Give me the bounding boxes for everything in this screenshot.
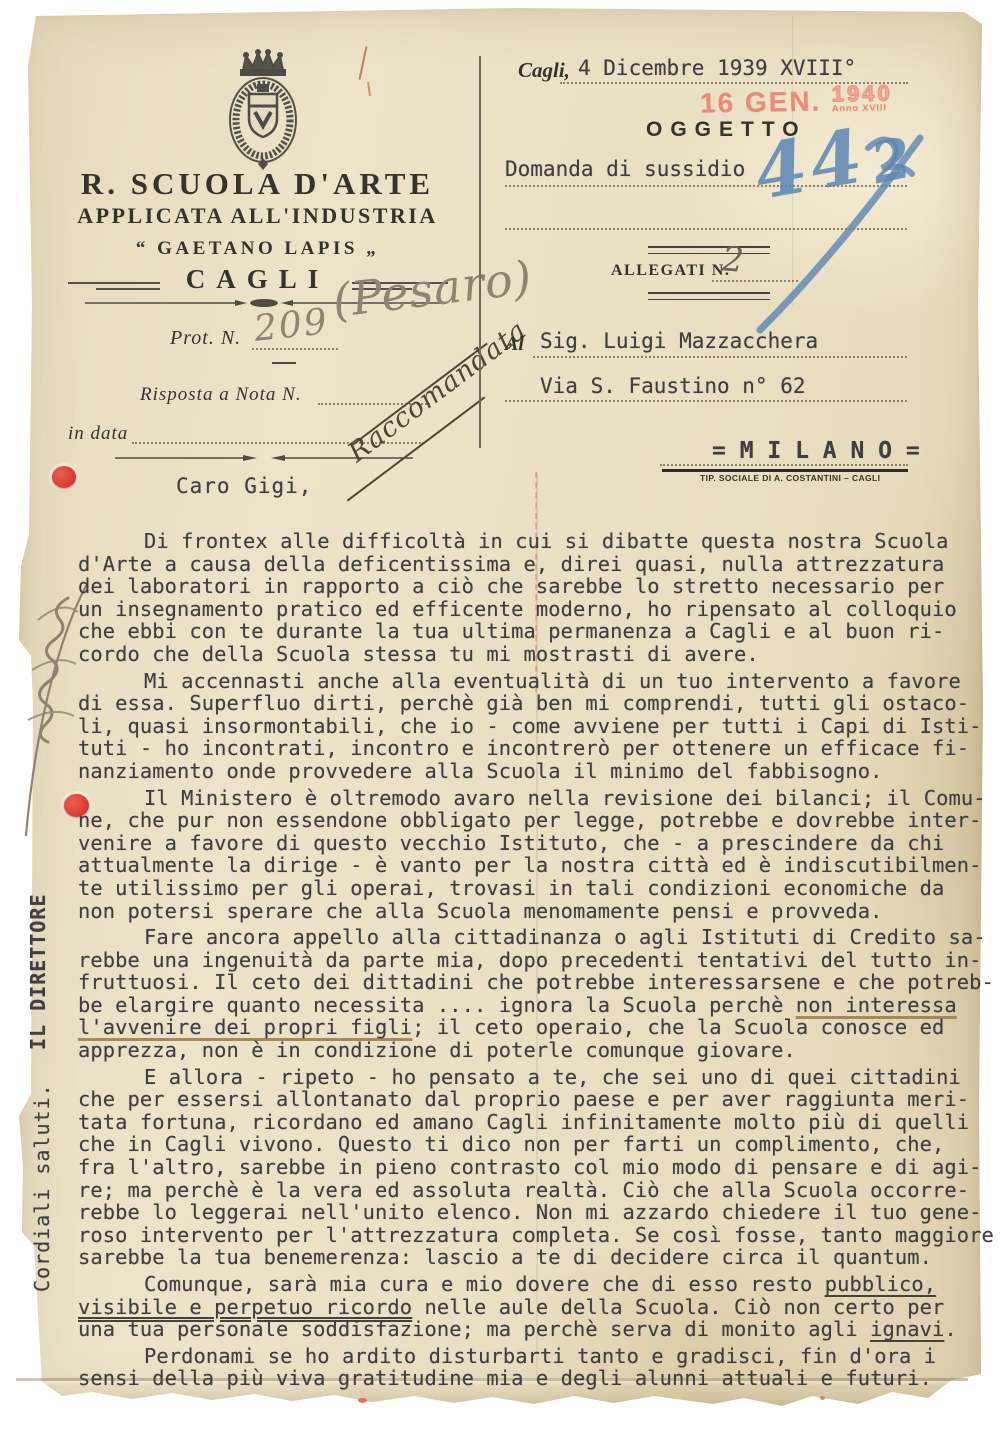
body-paragraph: E allora - ripeto - ho pensato a te, che… (78, 1066, 1000, 1269)
body-paragraph: Fare ancora appello alla cittadinanza o … (78, 926, 1000, 1062)
underlined-text: pubblico, (825, 1272, 936, 1296)
body-text: . (944, 1317, 956, 1341)
letter-body: Di frontex alle difficoltà in cui si dib… (78, 530, 1000, 1394)
recipient-city-dotted (660, 444, 908, 466)
margin-director-title: IL DIRETTORE (26, 894, 50, 1051)
body-paragraph: Mi accennasti anche alla eventualità di … (78, 670, 1000, 783)
stamp-era: Anno XVIII (832, 102, 893, 113)
city-rule-left-2 (96, 288, 160, 290)
school-crest-emblem (213, 48, 313, 170)
allegati-value-handwritten: 2 (721, 239, 745, 280)
underlined-text: ignavi (870, 1317, 944, 1341)
body-text: E allora - ripeto - ho pensato a te, che… (78, 1065, 994, 1270)
school-name-line2: APPLICATA ALL'INDUSTRIA (60, 203, 455, 229)
stamp-day-month: 16 GEN. (700, 86, 822, 119)
salutation: Caro Gigi, (176, 474, 312, 498)
allegati-rule-bottom (648, 292, 770, 300)
header-column-separator (479, 56, 481, 448)
body-paragraph: Di frontex alle difficoltà in cui si dib… (78, 530, 1000, 666)
recipient-street-dotted (505, 380, 907, 402)
body-text: Perdonami se ho ardito disturbarti tanto… (78, 1344, 936, 1391)
body-text: Il Ministero è oltremodo avaro nella rev… (78, 786, 986, 923)
printer-imprint: TIP. SOCIALE DI A. COSTANTINI – CAGLI (700, 473, 880, 483)
prot-number-handwritten: 209 (252, 301, 331, 350)
received-date-stamp: 16 GEN. 1940 Anno XVIII (700, 84, 893, 119)
recipient-al-label: Al (505, 333, 524, 356)
body-text: Mi accennasti anche alla eventualità di … (78, 669, 981, 783)
allegati-rule-top (648, 246, 770, 254)
school-name-line3: “ GAETANO LAPIS „ (60, 238, 455, 260)
body-text: Di frontex alle difficoltà in cui si dib… (78, 529, 957, 666)
underlined-text: visibile e perpetuo ricordo (78, 1295, 412, 1319)
body-paragraph: Perdonami se ho ardito disturbarti tanto… (78, 1345, 1000, 1390)
body-paragraph: Comunque, sarà mia cura e mio dovere che… (78, 1273, 1000, 1341)
margin-closing: Cordiali saluti. (30, 1083, 54, 1292)
printer-rule (662, 469, 908, 472)
recipient-name-dotted (533, 336, 907, 358)
risposta-label: Risposta a Nota N. (140, 384, 302, 406)
body-text: Comunque, sarà mia cura e mio dovere che… (144, 1272, 825, 1296)
in-data-label: in data (68, 423, 128, 445)
stamp-year: 1940 (832, 84, 893, 103)
city-rule-left (68, 282, 160, 284)
body-paragraph: Il Ministero è oltremodo avaro nella rev… (78, 787, 1000, 923)
red-seal-dot-top (52, 466, 76, 488)
school-name-line1: R. SCUOLA D'ARTE (60, 166, 455, 202)
prot-label: Prot. N. (170, 327, 241, 350)
prot-dash (272, 362, 296, 364)
scanned-letter-page: R. SCUOLA D'ARTE APPLICATA ALL'INDUSTRIA… (0, 0, 1000, 1446)
